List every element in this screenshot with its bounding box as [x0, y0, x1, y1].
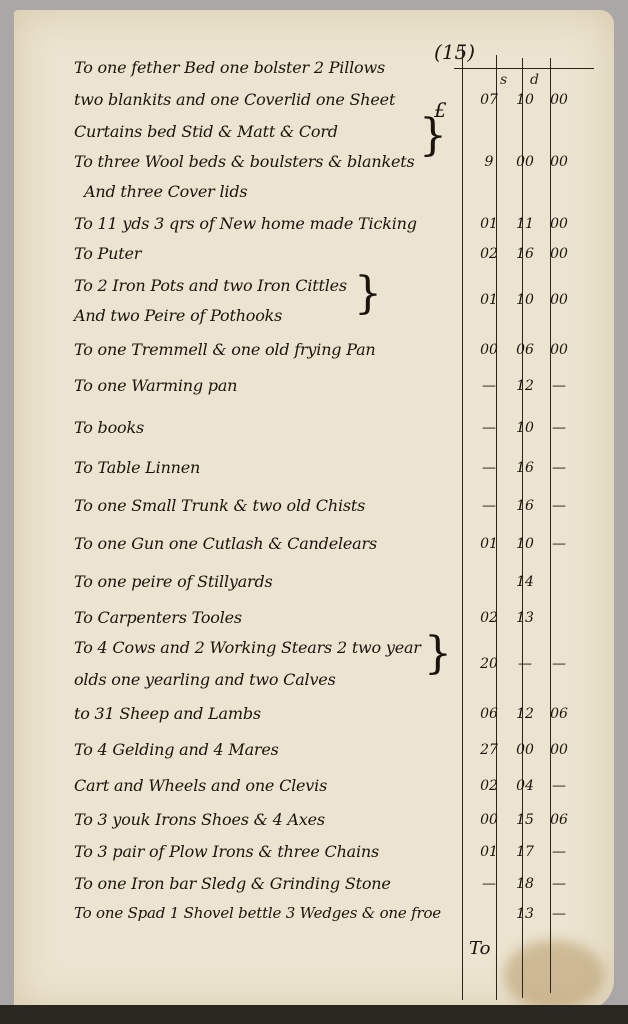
amount-pence: 00 — [546, 292, 572, 308]
entry-line: To 3 pair of Plow Irons & three Chains — [74, 842, 379, 861]
amount-shillings: 06 — [512, 342, 538, 358]
amount-pounds: — — [476, 420, 502, 436]
amount-shillings: 13 — [512, 610, 538, 626]
amount-pounds: 02 — [476, 246, 502, 262]
amount-pounds: — — [476, 460, 502, 476]
entry-line: To Table Linnen — [74, 458, 200, 477]
entry-amounts: 20 — — — [54, 654, 614, 682]
entry-row: And three Cover lids — [54, 182, 614, 210]
amount-pence: 00 — [546, 216, 572, 232]
entry-row: To one Tremmell & one old frying Pan 00 … — [54, 340, 614, 368]
amount-shillings: 00 — [512, 742, 538, 758]
entry-line: To one peire of Stillyards — [74, 572, 273, 591]
amount-pounds: 07 — [476, 92, 502, 108]
brace: } — [354, 268, 382, 319]
brace: } — [424, 628, 452, 679]
amount-pounds: 06 — [476, 706, 502, 722]
amount-shillings: 12 — [512, 378, 538, 394]
amount-pence: — — [546, 844, 572, 860]
entry-line: To Carpenters Tooles — [74, 608, 242, 627]
amount-pounds: 02 — [476, 778, 502, 794]
entry-row: To three Wool beds & boulsters & blanket… — [54, 152, 614, 180]
entry-row: to 31 Sheep and Lambs 06 12 06 — [54, 704, 614, 732]
amount-pence: — — [546, 378, 572, 394]
amount-pence: 00 — [546, 246, 572, 262]
amount-shillings: — — [512, 656, 538, 672]
amount-pence: 00 — [546, 92, 572, 108]
entry-line: To 11 yds 3 qrs of New home made Ticking — [74, 214, 417, 233]
entry-line: To 3 youk Irons Shoes & 4 Axes — [74, 810, 325, 829]
amount-shillings: 15 — [512, 812, 538, 828]
water-stain — [504, 940, 604, 1010]
amount-pence: — — [546, 420, 572, 436]
amount-shillings: 16 — [512, 460, 538, 476]
entry-amounts: 01 10 00 — [54, 290, 614, 318]
entry-row: To one peire of Stillyards 14 — [54, 572, 614, 600]
amount-shillings: 12 — [512, 706, 538, 722]
entry-line: to 31 Sheep and Lambs — [74, 704, 261, 723]
amount-pounds: — — [476, 378, 502, 394]
amount-pounds: 00 — [476, 812, 502, 828]
amount-pounds: 02 — [476, 610, 502, 626]
background-shadow — [0, 1005, 628, 1024]
entry-row: To Table Linnen — 16 — — [54, 458, 614, 486]
amount-pence: 06 — [546, 812, 572, 828]
amount-pence: 06 — [546, 706, 572, 722]
amount-pounds: 01 — [476, 292, 502, 308]
entry-row: To 11 yds 3 qrs of New home made Ticking… — [54, 214, 614, 242]
amount-pence: — — [546, 536, 572, 552]
entry-row: To one fether Bed one bolster 2 Pillows — [54, 58, 614, 86]
amount-pounds: 01 — [476, 216, 502, 232]
entry-row: To one Warming pan — 12 — — [54, 376, 614, 404]
amount-pounds: 01 — [476, 844, 502, 860]
amount-shillings: 10 — [512, 536, 538, 552]
entry-line: To one Gun one Cutlash & Candelears — [74, 534, 377, 553]
entry-line: To three Wool beds & boulsters & blanket… — [74, 152, 414, 171]
amount-shillings: 16 — [512, 498, 538, 514]
entry-row: To one Gun one Cutlash & Candelears 01 1… — [54, 534, 614, 562]
manuscript-page: 15 s d £ To one fether Bed one bolster 2… — [14, 10, 614, 1010]
entry-line: To one Tremmell & one old frying Pan — [74, 340, 376, 359]
amount-shillings: 11 — [512, 216, 538, 232]
catchword: To — [469, 938, 490, 959]
amount-shillings: 10 — [512, 420, 538, 436]
amount-pence: — — [546, 778, 572, 794]
entry-line: Curtains bed Stid & Matt & Cord — [74, 122, 338, 141]
entry-line: To one Spad 1 Shovel bettle 3 Wedges & o… — [74, 904, 441, 922]
entry-row: To one Small Trunk & two old Chists — 16… — [54, 496, 614, 524]
amount-pounds: — — [476, 876, 502, 892]
amount-pounds: 9 — [476, 154, 502, 170]
amount-shillings: 00 — [512, 154, 538, 170]
amount-pounds: 20 — [476, 656, 502, 672]
amount-pence: — — [546, 876, 572, 892]
amount-pounds: — — [476, 498, 502, 514]
entry-line: To one Small Trunk & two old Chists — [74, 496, 365, 515]
amount-pence: — — [546, 498, 572, 514]
amount-shillings: 10 — [512, 292, 538, 308]
entry-row: To one Iron bar Sledg & Grinding Stone —… — [54, 874, 614, 902]
amount-shillings: 17 — [512, 844, 538, 860]
amount-shillings: 18 — [512, 876, 538, 892]
amount-pence: 00 — [546, 154, 572, 170]
amount-shillings: 10 — [512, 92, 538, 108]
amount-pounds: 27 — [476, 742, 502, 758]
entry-line: To 4 Gelding and 4 Mares — [74, 740, 279, 759]
entry-row: To one Spad 1 Shovel bettle 3 Wedges & o… — [54, 904, 614, 932]
amount-pounds: 00 — [476, 342, 502, 358]
entry-row: To 3 youk Irons Shoes & 4 Axes 00 15 06 — [54, 810, 614, 838]
amount-pence: — — [546, 906, 572, 922]
amount-pence: 00 — [546, 342, 572, 358]
entry-row: Curtains bed Stid & Matt & Cord — [54, 122, 614, 150]
amount-pence: 00 — [546, 742, 572, 758]
entry-line: To one Warming pan — [74, 376, 237, 395]
entry-row: To 4 Gelding and 4 Mares 27 00 00 — [54, 740, 614, 768]
entry-line: two blankits and one Coverlid one Sheet — [74, 90, 395, 109]
amount-shillings: 14 — [512, 574, 538, 590]
amount-shillings: 04 — [512, 778, 538, 794]
entry-row: Cart and Wheels and one Clevis 02 04 — — [54, 776, 614, 804]
entry-line: To one fether Bed one bolster 2 Pillows — [74, 58, 385, 77]
entry-row: To 3 pair of Plow Irons & three Chains 0… — [54, 842, 614, 870]
entry-line: To Puter — [74, 244, 141, 263]
entry-row: two blankits and one Coverlid one Sheet … — [54, 90, 614, 118]
amount-shillings: 16 — [512, 246, 538, 262]
entry-row: To Puter 02 16 00 — [54, 244, 614, 272]
brace: } — [419, 110, 447, 161]
entry-line: To books — [74, 418, 144, 437]
amount-shillings: 13 — [512, 906, 538, 922]
amount-pounds: 01 — [476, 536, 502, 552]
entry-row: To Carpenters Tooles 02 13 — [54, 608, 614, 636]
amount-pence: — — [546, 460, 572, 476]
entry-row: To books — 10 — — [54, 418, 614, 446]
entry-line: To one Iron bar Sledg & Grinding Stone — [74, 874, 391, 893]
entry-line: Cart and Wheels and one Clevis — [74, 776, 327, 795]
entry-line: And three Cover lids — [84, 182, 247, 201]
amount-pence: — — [546, 656, 572, 672]
